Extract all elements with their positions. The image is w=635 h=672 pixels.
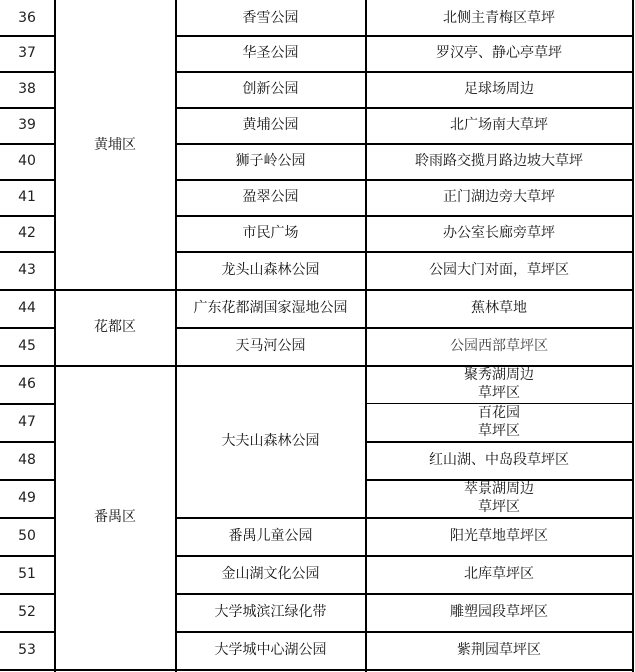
row-number: 50	[0, 517, 54, 555]
grid-line-horizontal	[0, 251, 54, 253]
grid-line-horizontal	[366, 71, 634, 73]
grid-line-horizontal	[0, 441, 54, 443]
open-area-line1: 萃景湖周边	[464, 480, 534, 498]
open-area: 北侧主青梅区草坪	[365, 0, 633, 35]
grid-line-horizontal	[0, 327, 54, 329]
grid-line-horizontal	[366, 327, 634, 329]
grid-line-horizontal	[176, 669, 366, 671]
grid-line-horizontal	[366, 593, 634, 595]
grid-line-horizontal	[0, 517, 54, 519]
grid-line-horizontal	[366, 107, 634, 109]
grid-line-horizontal	[366, 517, 634, 519]
grid-line-horizontal	[0, 365, 54, 367]
grid-line-horizontal	[176, 179, 366, 181]
row-number: 43	[0, 251, 54, 289]
park-name: 香雪公园	[176, 0, 365, 35]
grid-line-horizontal	[0, 669, 54, 671]
grid-line-horizontal	[176, 35, 366, 37]
grid-line-horizontal	[176, 365, 366, 367]
park-name: 市民广场	[176, 215, 365, 251]
row-number: 42	[0, 215, 54, 251]
grid-line-horizontal	[0, 215, 54, 217]
open-area: 雕塑园段草坪区	[365, 593, 633, 631]
grid-line-horizontal	[176, 71, 366, 73]
open-area: 百花园 草坪区	[365, 403, 633, 441]
grid-line-horizontal	[0, 289, 54, 291]
row-number: 47	[0, 403, 54, 441]
row-number: 48	[0, 441, 54, 479]
grid-line-horizontal	[0, 593, 54, 595]
grid-line-horizontal	[176, 555, 366, 557]
grid-line-horizontal	[366, 555, 634, 557]
grid-line-horizontal	[0, 71, 54, 73]
park-name: 盈翠公园	[176, 179, 365, 215]
grid-line-horizontal	[0, 555, 54, 557]
park-name: 天马河公园	[176, 327, 365, 365]
grid-line-horizontal	[366, 403, 634, 404]
row-number: 36	[0, 0, 54, 35]
grid-line-horizontal	[366, 479, 634, 481]
row-number: 41	[0, 179, 54, 215]
grid-line-horizontal	[0, 179, 54, 181]
open-area: 公园西部草坪区	[365, 327, 633, 365]
park-name: 华圣公园	[176, 35, 365, 71]
grid-line-horizontal	[0, 403, 54, 405]
grid-line-horizontal	[0, 35, 54, 37]
open-area-line2: 草坪区	[478, 384, 520, 402]
park-name: 广东花都湖国家湿地公园	[176, 289, 365, 327]
open-area: 阳光草地草坪区	[365, 517, 633, 555]
park-name: 大学城滨江绿化带	[176, 593, 365, 631]
grid-line-horizontal	[366, 35, 634, 37]
park-name: 狮子岭公园	[176, 143, 365, 179]
park-name: 番禺儿童公园	[176, 517, 365, 555]
row-number: 39	[0, 107, 54, 143]
open-area-line1: 聚秀湖周边	[464, 366, 534, 384]
grid-line-horizontal	[176, 593, 366, 595]
parks-table: 36 37 38 39 40 41 42 43 44 45 46 47 48 4…	[0, 0, 635, 672]
grid-line-horizontal	[0, 107, 54, 109]
row-number: 46	[0, 365, 54, 403]
open-area: 紫荆园草坪区	[365, 631, 633, 669]
row-number: 53	[0, 631, 54, 669]
grid-line-vertical	[365, 0, 367, 672]
open-area: 北广场南大草坪	[365, 107, 633, 143]
grid-line-horizontal	[366, 143, 634, 145]
grid-line-horizontal	[366, 251, 634, 253]
row-number: 52	[0, 593, 54, 631]
grid-line-horizontal	[54, 669, 176, 671]
district-cell-huangpu: 黄埔区	[54, 0, 176, 289]
open-area-line2: 草坪区	[478, 498, 520, 516]
open-area: 聆雨路交揽月路边坡大草坪	[365, 143, 633, 179]
open-area: 聚秀湖周边 草坪区	[365, 365, 633, 403]
grid-line-horizontal	[176, 631, 366, 633]
grid-line-horizontal	[176, 327, 366, 329]
grid-line-horizontal	[0, 631, 54, 633]
park-name: 创新公园	[176, 71, 365, 107]
district-cell-panyu: 番禺区	[54, 365, 176, 669]
grid-line-horizontal	[0, 479, 54, 481]
grid-line-horizontal	[54, 289, 176, 291]
district-cell-huadu: 花都区	[54, 289, 176, 365]
open-area: 办公室长廊旁草坪	[365, 215, 633, 251]
grid-line-horizontal	[366, 365, 634, 367]
grid-line-horizontal	[176, 251, 366, 253]
row-number: 37	[0, 35, 54, 71]
row-number: 45	[0, 327, 54, 365]
open-area: 公园大门对面，草坪区	[365, 251, 633, 289]
grid-line-horizontal	[176, 517, 366, 519]
grid-line-horizontal	[366, 215, 634, 217]
open-area: 罗汉亭、静心亭草坪	[365, 35, 633, 71]
grid-line-horizontal	[54, 365, 176, 367]
grid-line-horizontal	[366, 441, 634, 443]
open-area: 北库草坪区	[365, 555, 633, 593]
open-area-line2: 草坪区	[478, 422, 520, 440]
park-name: 金山湖文化公园	[176, 555, 365, 593]
open-area: 萃景湖周边 草坪区	[365, 479, 633, 517]
row-number: 51	[0, 555, 54, 593]
grid-line-vertical	[632, 0, 634, 672]
grid-line-horizontal	[176, 289, 366, 291]
open-area: 足球场周边	[365, 71, 633, 107]
open-area: 蕉林草地	[365, 289, 633, 327]
row-number: 40	[0, 143, 54, 179]
grid-line-horizontal	[366, 669, 634, 671]
grid-line-horizontal	[0, 143, 54, 145]
grid-line-horizontal	[366, 179, 634, 181]
open-area: 红山湖、中岛段草坪区	[365, 441, 633, 479]
row-number: 44	[0, 289, 54, 327]
grid-line-horizontal	[176, 143, 366, 145]
grid-line-vertical	[54, 0, 56, 672]
grid-line-vertical	[175, 0, 177, 672]
grid-line-horizontal	[176, 107, 366, 109]
row-number: 49	[0, 479, 54, 517]
park-name-dafushan: 大夫山森林公园	[176, 365, 365, 517]
park-name: 黄埔公园	[176, 107, 365, 143]
open-area: 正门湖边旁大草坪	[365, 179, 633, 215]
grid-line-horizontal	[366, 289, 634, 291]
park-name: 龙头山森林公园	[176, 251, 365, 289]
grid-line-horizontal	[176, 215, 366, 217]
open-area-line1: 百花园	[478, 404, 520, 422]
row-number: 38	[0, 71, 54, 107]
park-name: 大学城中心湖公园	[176, 631, 365, 669]
grid-line-horizontal	[366, 631, 634, 633]
